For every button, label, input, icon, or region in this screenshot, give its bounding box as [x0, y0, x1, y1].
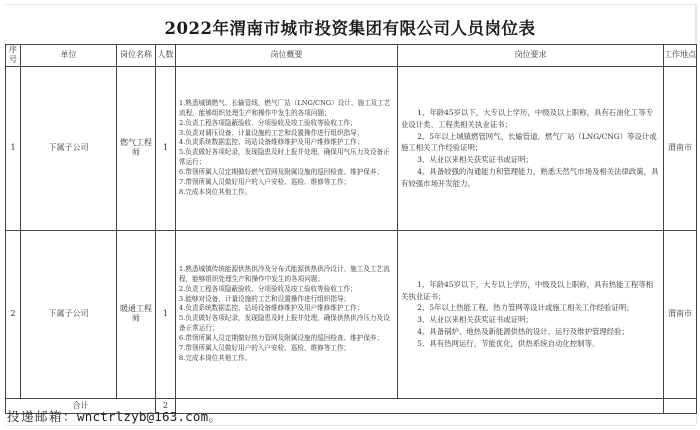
cell-unit: 下属子公司: [21, 66, 117, 230]
requirement-item: 3、从业以来相关获奖证书或证明；: [401, 154, 660, 166]
table-row: 2 下属子公司 暖通工程师 1 1.熟悉城镇传统能源供热供冷及分布式能源供热供冷…: [6, 230, 697, 398]
summary-item: 5.负责做好各项纪录，发现隐患及时上报并处理，确保供热供冷压力及设备正常运行；: [179, 314, 394, 334]
summary-item: 6.带领所属人员定期做好热力管网及附属设施的巡回检查、维护保养；: [179, 334, 394, 344]
cell-location: 渭南市: [664, 66, 697, 230]
cell-position: 燃气工程师: [117, 66, 156, 230]
cell-summary: 1.熟悉城镇传统能源供热供冷及分布式能源供热供冷设计、施工及工艺流程，能够组织处…: [176, 230, 398, 398]
email-line: 投递邮箱：wnctrlzyb@163.com。: [7, 407, 221, 425]
summary-item: 2.负责工程各项隐蔽验收、分项验收及竣工验收等验收工作；: [179, 285, 394, 295]
header-position: 岗位名称: [117, 45, 156, 67]
summary-item: 4.负责系统数据监控、站场设备维修维护及用户维修维护工作；: [179, 304, 394, 314]
summary-item: 8.完成本岗位其他工作。: [179, 354, 394, 364]
cell-requirements: 1、年龄45岁以下，大专以上学历，中级及以上职称，具有石油化工等专业设计类、工程…: [398, 66, 664, 230]
cell-position: 暖通工程师: [117, 230, 156, 398]
document-page: 2022年渭南市城市投资集团有限公司人员岗位表 序号 单位 岗位名称 人数 岗位…: [0, 0, 700, 430]
header-count: 人数: [156, 45, 176, 67]
cell-seq: 1: [6, 66, 21, 230]
title-bar: 2022年渭南市城市投资集团有限公司人员岗位表: [5, 4, 696, 45]
cell-requirements: 1、年龄45岁以下，大专以上学历，中级及以上职称，具有热能工程等相关执业证书； …: [398, 230, 664, 398]
page-title: 2022年渭南市城市投资集团有限公司人员岗位表: [5, 15, 695, 39]
requirement-item: 3、从业以来相关获奖证书或证明；: [401, 314, 660, 326]
requirement-item: 1、年龄45岁以下，大专以上学历，中级及以上职称，具有热能工程等相关执业证书；: [401, 279, 660, 303]
header-summary: 岗位概要: [176, 45, 398, 67]
summary-item: 1.熟悉城镇燃气、长输管线、燃气厂站（LNG/CNG）设计、施工及工艺流程，能够…: [179, 99, 394, 119]
summary-item: 7.带领所属人员做好用户的入户安检、巡检、维修等工作；: [179, 178, 394, 188]
cell-summary: 1.熟悉城镇燃气、长输管线、燃气厂站（LNG/CNG）设计、施工及工艺流程，能够…: [176, 66, 398, 230]
header-requirements: 岗位要求: [398, 45, 664, 67]
summary-item: 4.负责系统数据监控、场站设备维修维护及用户维修维护工作；: [179, 138, 394, 148]
requirement-item: 2、5年以上城镇燃管网气、长输管道、燃气厂站（LNG/CNG）等设计或施工相关工…: [401, 131, 660, 155]
cell-count: 1: [156, 66, 176, 230]
email-label: 投递邮箱：: [7, 409, 77, 424]
cell-location: 渭南市: [664, 230, 697, 398]
cell-count: 1: [156, 230, 176, 398]
summary-item: 8.完成本岗位其他工作。: [179, 188, 394, 198]
summary-item: 5.负责做好各项纪录，发现隐患及时上报并处理，确保用气压力及设备正常运行；: [179, 148, 394, 168]
header-seq: 序号: [6, 45, 21, 67]
summary-item: 6.带领所属人员定期做好燃气管网及附属设施的巡回检查、维护保养；: [179, 168, 394, 178]
cell-unit: 下属子公司: [21, 230, 117, 398]
positions-table: 序号 单位 岗位名称 人数 岗位概要 岗位要求 工作地点 1 下属子公司 燃气工…: [5, 44, 697, 414]
summary-item: 3.能够对设备、计量设施的工艺和设置操作进行组织指导；: [179, 295, 394, 305]
header-location: 工作地点: [664, 45, 697, 67]
table-row: 1 下属子公司 燃气工程师 1 1.熟悉城镇燃气、长输管线、燃气厂站（LNG/C…: [6, 66, 697, 230]
email-address[interactable]: wnctrlzyb@163.com。: [77, 409, 221, 424]
summary-item: 7.带领所属人员做好用户的入户安检、巡检、维修等工作；: [179, 344, 394, 354]
requirement-item: 4、具备锅炉、地热及新能源供热的设计、运行及维护管理经验；: [401, 326, 660, 338]
requirement-item: 1、年龄45岁以下，大专以上学历，中级及以上职称，具有石油化工等专业设计类、工程…: [401, 107, 660, 131]
header-unit: 单位: [21, 45, 117, 67]
requirement-item: 2、5年以上热能工程、热力管网等设计或施工相关工作经验证明；: [401, 302, 660, 314]
summary-item: 3.负责对调压设备、计量设施的工艺和设置操作进行组织指导；: [179, 129, 394, 139]
requirement-item: 4、具备较强的沟通能力和管理能力，熟悉天然气市场及相关法律政策，具有较强市场开发…: [401, 166, 660, 190]
requirement-item: 5、具有热网运行，节能优化，供热系统自动化控制等。: [401, 338, 660, 350]
summary-item: 1.熟悉城镇传统能源供热供冷及分布式能源供热供冷设计、施工及工艺流程，能够组织处…: [179, 265, 394, 285]
table-header-row: 序号 单位 岗位名称 人数 岗位概要 岗位要求 工作地点: [6, 45, 697, 67]
summary-item: 2.负责工程各项隐蔽验收、分项验收及竣工验收等验收工作；: [179, 119, 394, 129]
cell-seq: 2: [6, 230, 21, 398]
